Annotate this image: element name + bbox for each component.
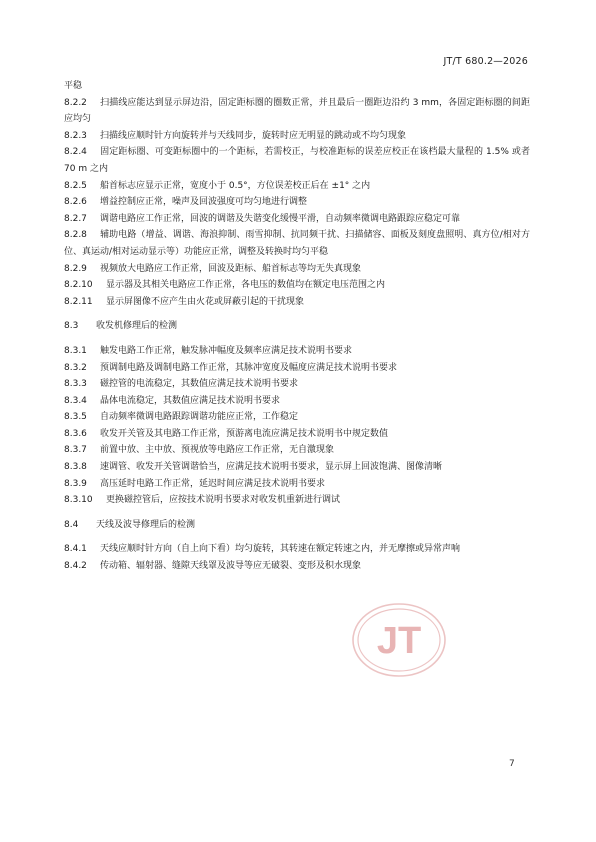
section-heading-8-3: 8.3收发机修理后的检测 (64, 318, 530, 335)
svg-text:JT: JT (377, 620, 421, 662)
clause-number: 8.2.7 (64, 211, 94, 228)
document-body: 平稳 8.2.2扫描线应能达到显示屏边沿，固定距标圈的圈数正常，并且最后一圈距边… (64, 78, 530, 575)
clause-number: 8.2.8 (64, 227, 94, 244)
clause-text: 速调管、收发开关管调谐恰当，应满足技术说明书要求，显示屏上回波饱满、图像清晰 (100, 462, 442, 472)
clause-number: 8.2.5 (64, 178, 94, 195)
clause-8-2-6: 8.2.6增益控制应正常，噪声及回波强度可均匀地进行调整 (64, 194, 530, 211)
section-number: 8.4 (64, 517, 86, 534)
clause-text: 前置中放、主中放、预视放等电路应工作正常，无自激现象 (100, 445, 334, 455)
clause-text: 更换磁控管后，应按技术说明书要求对收发机重新进行调试 (106, 495, 340, 505)
section-title: 收发机修理后的检测 (96, 321, 177, 331)
page-number: 7 (509, 759, 515, 769)
clause-8-2-5: 8.2.5船首标志应显示正常，宽度小于 0.5°，方位误差校正后在 ±1° 之内 (64, 178, 530, 195)
clause-text: 辅助电路（增益、调谐、海浪抑制、雨雪抑制、抗同频干扰、扫描储容、面板及刻度盘照明… (64, 230, 530, 257)
clause-8-3-9: 8.3.9高压延时电路工作正常，延迟时间应满足技术说明书要求 (64, 476, 530, 493)
clause-8-3-3: 8.3.3磁控管的电流稳定，其数值应满足技术说明书要求 (64, 376, 530, 393)
clause-8-2-3: 8.2.3扫描线应顺时针方向旋转并与天线同步，旋转时应无明显的跳动或不均匀现象 (64, 128, 530, 145)
section-title: 天线及波导修理后的检测 (96, 520, 195, 530)
clause-text: 固定距标圈、可变距标圈中的一个距标，若需校正，与校准距标的误差应校正在该档最大量… (64, 147, 530, 174)
clause-8-3-4: 8.3.4晶体电流稳定，其数值应满足技术说明书要求 (64, 393, 530, 410)
clause-text: 收发开关管及其电路工作正常，预游离电流应满足技术说明书中规定数值 (100, 429, 388, 439)
clause-number: 8.3.8 (64, 459, 94, 476)
clause-text: 船首标志应显示正常，宽度小于 0.5°，方位误差校正后在 ±1° 之内 (100, 181, 370, 191)
clause-8-3-8: 8.3.8速调管、收发开关管调谐恰当，应满足技术说明书要求，显示屏上回波饱满、图… (64, 459, 530, 476)
clause-8-3-1: 8.3.1触发电路工作正常，触发脉冲幅度及频率应满足技术说明书要求 (64, 343, 530, 360)
clause-8-3-6: 8.3.6收发开关管及其电路工作正常，预游离电流应满足技术说明书中规定数值 (64, 426, 530, 443)
clause-8-3-7: 8.3.7前置中放、主中放、预视放等电路应工作正常，无自激现象 (64, 442, 530, 459)
clause-8-3-10: 8.3.10更换磁控管后，应按技术说明书要求对收发机重新进行调试 (64, 492, 530, 509)
clause-text: 自动频率微调电路跟踪调谐功能应正常，工作稳定 (100, 412, 298, 422)
clause-text: 增益控制应正常，噪声及回波强度可均匀地进行调整 (100, 197, 307, 207)
section-heading-8-4: 8.4天线及波导修理后的检测 (64, 517, 530, 534)
clause-text: 触发电路工作正常，触发脉冲幅度及频率应满足技术说明书要求 (100, 346, 352, 356)
clause-number: 8.4.2 (64, 558, 94, 575)
clause-number: 8.3.2 (64, 360, 94, 377)
clause-text: 传动箱、辐射器、缝隙天线罩及波导等应无破裂、变形及积水现象 (100, 561, 361, 571)
clause-text: 高压延时电路工作正常，延迟时间应满足技术说明书要求 (100, 479, 325, 489)
clause-number: 8.2.4 (64, 144, 94, 161)
clause-number: 8.3.5 (64, 409, 94, 426)
clause-number: 8.3.6 (64, 426, 94, 443)
clause-number: 8.3.1 (64, 343, 94, 360)
clause-8-2-8: 8.2.8辅助电路（增益、调谐、海浪抑制、雨雪抑制、抗同频干扰、扫描储容、面板及… (64, 227, 530, 260)
section-number: 8.3 (64, 318, 86, 335)
clause-number: 8.3.3 (64, 376, 94, 393)
clause-number: 8.3.4 (64, 393, 94, 410)
clause-8-2-7: 8.2.7调谐电路应工作正常，回波的调谐及失谐变化缓慢平滑，自动频率微调电路跟踪… (64, 211, 530, 228)
continuation-text: 平稳 (64, 78, 530, 95)
jt-watermark-logo: JT (351, 602, 447, 678)
clause-number: 8.3.9 (64, 476, 94, 493)
clause-8-2-10: 8.2.10显示器及其相关电路应工作正常，各电压的数值均在额定电压范围之内 (64, 277, 530, 294)
clause-text: 预调制电路及调制电路工作正常，其脉冲宽度及幅度应满足技术说明书要求 (100, 363, 397, 373)
clause-number: 8.2.11 (64, 294, 100, 311)
clause-text: 显示屏图像不应产生由火花或屏蔽引起的干扰现象 (106, 297, 304, 307)
clause-number: 8.2.10 (64, 277, 100, 294)
standard-code-header: JT/T 680.2—2026 (443, 56, 528, 67)
clause-8-2-11: 8.2.11显示屏图像不应产生由火花或屏蔽引起的干扰现象 (64, 294, 530, 311)
clause-8-3-2: 8.3.2预调制电路及调制电路工作正常，其脉冲宽度及幅度应满足技术说明书要求 (64, 360, 530, 377)
clause-8-4-2: 8.4.2传动箱、辐射器、缝隙天线罩及波导等应无破裂、变形及积水现象 (64, 558, 530, 575)
clause-text: 调谐电路应工作正常，回波的调谐及失谐变化缓慢平滑，自动频率微调电路跟踪应稳定可靠 (100, 214, 460, 224)
clause-text: 磁控管的电流稳定，其数值应满足技术说明书要求 (100, 379, 298, 389)
clause-text: 视频放大电路应工作正常，回波及距标、船首标志等均无失真现象 (100, 264, 361, 274)
clause-number: 8.4.1 (64, 541, 94, 558)
clause-number: 8.2.3 (64, 128, 94, 145)
clause-8-2-2: 8.2.2扫描线应能达到显示屏边沿，固定距标圈的圈数正常，并且最后一圈距边沿约 … (64, 95, 530, 128)
clause-8-2-9: 8.2.9视频放大电路应工作正常，回波及距标、船首标志等均无失真现象 (64, 261, 530, 278)
clause-number: 8.3.10 (64, 492, 100, 509)
clause-text: 扫描线应能达到显示屏边沿，固定距标圈的圈数正常，并且最后一圈距边沿约 3 mm，… (64, 98, 530, 125)
clause-text: 显示器及其相关电路应工作正常，各电压的数值均在额定电压范围之内 (106, 280, 385, 290)
clause-8-2-4: 8.2.4固定距标圈、可变距标圈中的一个距标，若需校正，与校准距标的误差应校正在… (64, 144, 530, 177)
clause-number: 8.2.9 (64, 261, 94, 278)
clause-number: 8.2.6 (64, 194, 94, 211)
clause-8-3-5: 8.3.5自动频率微调电路跟踪调谐功能应正常，工作稳定 (64, 409, 530, 426)
jt-logo-icon: JT (351, 602, 447, 678)
clause-number: 8.2.2 (64, 95, 94, 112)
clause-8-4-1: 8.4.1天线应顺时针方向（自上向下看）均匀旋转，其转速在额定转速之内，并无摩擦… (64, 541, 530, 558)
clause-text: 天线应顺时针方向（自上向下看）均匀旋转，其转速在额定转速之内，并无摩擦或异常声响 (100, 544, 460, 554)
clause-text: 扫描线应顺时针方向旋转并与天线同步，旋转时应无明显的跳动或不均匀现象 (100, 131, 406, 141)
clause-number: 8.3.7 (64, 442, 94, 459)
clause-text: 晶体电流稳定，其数值应满足技术说明书要求 (100, 396, 280, 406)
